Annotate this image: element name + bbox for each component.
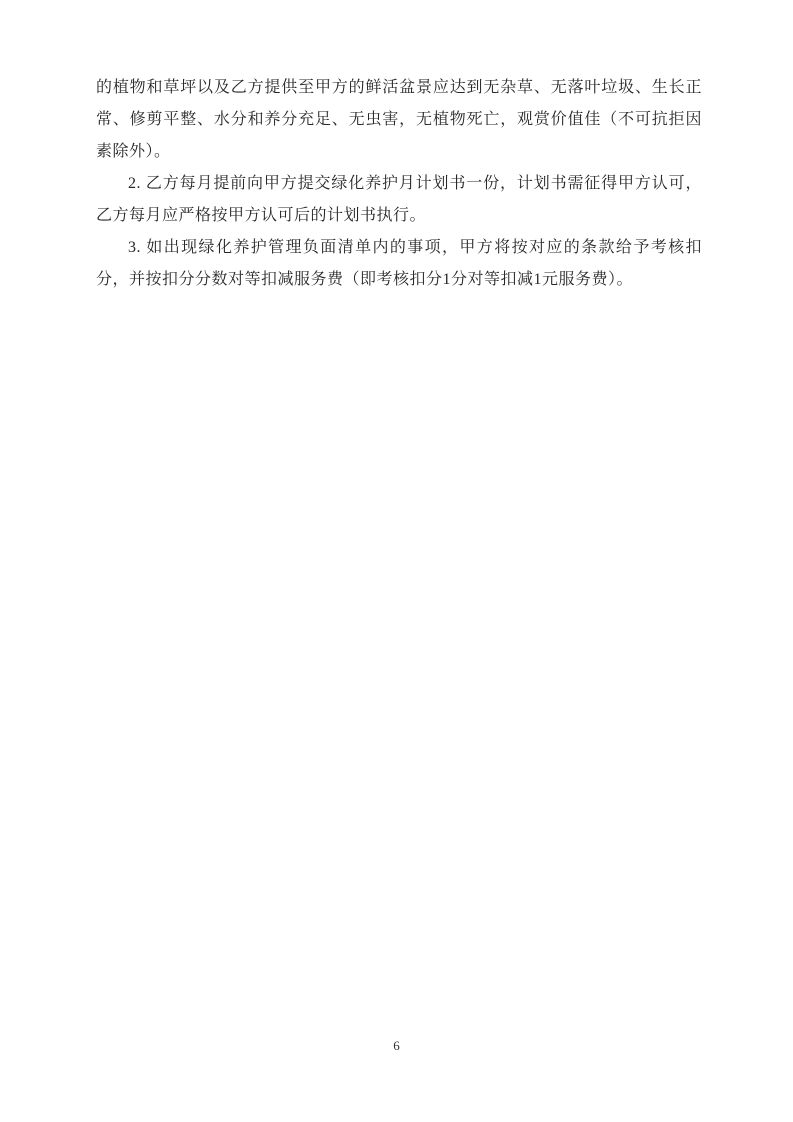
paragraph-clause-3: 3. 如出现绿化养护管理负面清单内的事项，甲方将按对应的条款给予考核扣分，并按扣… bbox=[96, 232, 702, 296]
paragraph-continuation: 的植物和草坪以及乙方提供至甲方的鲜活盆景应达到无杂草、无落叶垃圾、生长正常、修剪… bbox=[96, 72, 702, 168]
document-body: 的植物和草坪以及乙方提供至甲方的鲜活盆景应达到无杂草、无落叶垃圾、生长正常、修剪… bbox=[96, 72, 702, 296]
document-page: 的植物和草坪以及乙方提供至甲方的鲜活盆景应达到无杂草、无落叶垃圾、生长正常、修剪… bbox=[0, 0, 793, 1122]
page-number: 6 bbox=[0, 1036, 793, 1056]
paragraph-clause-2: 2. 乙方每月提前向甲方提交绿化养护月计划书一份，计划书需征得甲方认可，乙方每月… bbox=[96, 168, 702, 232]
